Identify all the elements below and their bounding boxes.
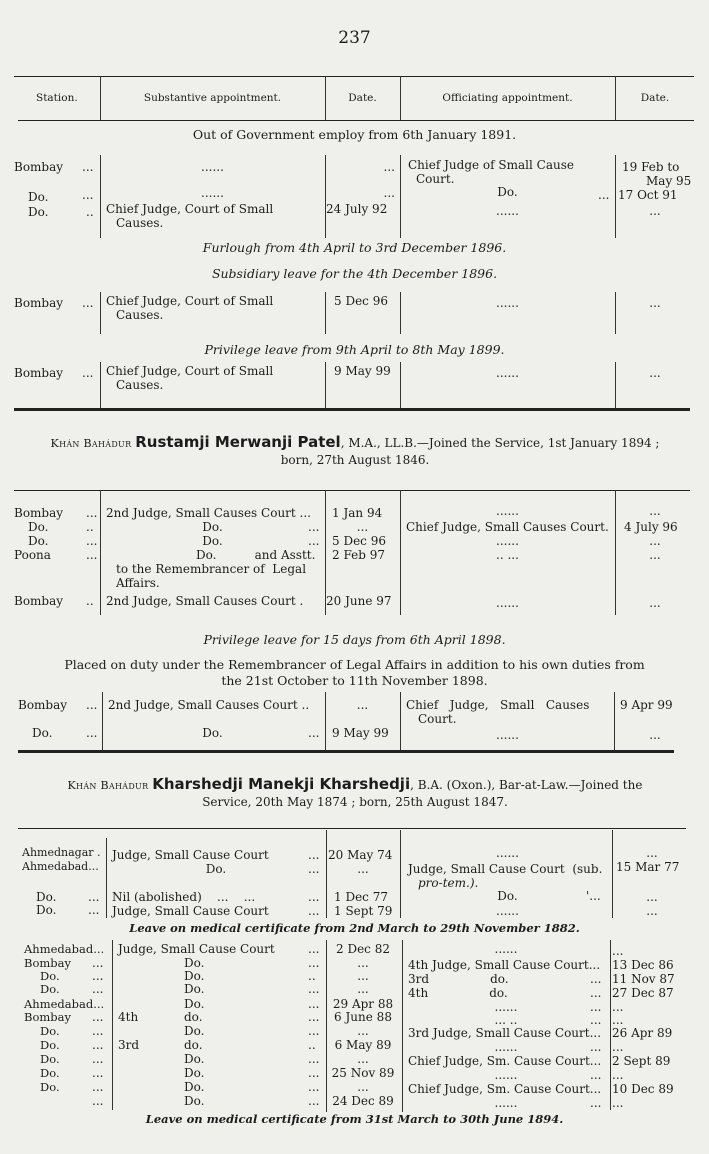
officiating: ...... [402, 1096, 610, 1110]
officiating: ...... [400, 728, 615, 742]
date: 25 Nov 89 [326, 1066, 400, 1080]
column-divider [325, 362, 326, 408]
date: ... [615, 366, 695, 380]
rule [18, 828, 686, 829]
date: ... [615, 204, 695, 218]
date: ... [615, 504, 695, 518]
dots: ... [308, 982, 319, 996]
officiating: ...... [400, 596, 615, 610]
date: ... [612, 1013, 623, 1027]
date: ... [325, 698, 400, 712]
date: ... [615, 596, 695, 610]
dots: ... [308, 1066, 319, 1080]
person-heading: Khán Bahádur Kharshedji Manekji Kharshed… [20, 776, 690, 810]
dots: ... [308, 890, 319, 904]
date: 20 June 97 [326, 594, 392, 608]
date: 2 Sept 89 [612, 1054, 670, 1068]
substantive: Do. [184, 1080, 204, 1094]
dots: ... [82, 188, 93, 202]
substantive: Chief Judge, Court of Small [106, 202, 273, 216]
rule [14, 490, 690, 491]
dots: ... [308, 726, 319, 740]
substantive: Judge, Small Cause Court [118, 942, 275, 956]
officiating: ...... [402, 1000, 610, 1014]
person-heading: Khán Bahádur Rustamji Merwanji Patel, M.… [20, 434, 690, 468]
note: Furlough from 4th April to 3rd December … [0, 240, 709, 255]
date: 29 Apr 88 [326, 997, 400, 1011]
station: Ahmedabad... [24, 942, 104, 956]
dots: ... [92, 956, 103, 970]
date: 5 Dec 96 [332, 534, 386, 548]
dots: ... [92, 1010, 103, 1024]
substantive: Do. [184, 1052, 204, 1066]
officiating: Chief Judge of Small Cause [408, 158, 574, 172]
dots: ... [308, 848, 319, 862]
substantive: Judge, Small Cause Court [112, 848, 269, 862]
officiating: ...... [402, 1040, 610, 1054]
person-name: Kharshedji Manekji Kharshedji [152, 775, 410, 793]
station: Bombay [24, 956, 71, 970]
dots: ... [86, 726, 97, 740]
dots: ... [308, 942, 319, 956]
dots: .. [86, 594, 94, 608]
date: 26 Apr 89 [612, 1026, 672, 1040]
substantive: 2nd Judge, Small Causes Court ... [106, 506, 311, 520]
station: Ahmedabad... [22, 860, 99, 874]
date: 17 Oct 91 [618, 188, 678, 202]
date: ... [326, 982, 400, 996]
date: 20 May 74 [328, 848, 392, 862]
date: ... [326, 1024, 400, 1038]
officiating: Do. [400, 889, 615, 903]
dots: ... [590, 1000, 601, 1014]
station: Do. [40, 982, 60, 996]
substantive: do. [184, 1038, 203, 1052]
substantive: Do. [184, 1066, 204, 1080]
date: 19 Feb to [622, 160, 679, 174]
dots: ... [590, 1068, 601, 1082]
station: Bombay [14, 160, 63, 174]
dots: ... [590, 986, 601, 1000]
column-divider [102, 692, 103, 750]
station: Do. [36, 903, 56, 917]
substantive: Causes. [116, 216, 163, 230]
station: Bombay [14, 594, 63, 608]
officiating: Chief Judge, Small Causes Court. [406, 520, 609, 534]
officiating: ...... [400, 534, 615, 548]
officiating: 3rd Judge, Small Cause Court... [408, 1026, 601, 1040]
dots: ... [86, 548, 97, 562]
note: Leave on medical certificate from 2nd Ma… [0, 921, 709, 935]
substantive: Causes. [116, 308, 163, 322]
date: 9 May 99 [334, 364, 391, 378]
substantive: ...... [100, 186, 325, 200]
dots: ... [308, 1094, 319, 1108]
station: Bombay [14, 296, 63, 310]
dots: ... [88, 890, 99, 904]
substantive: Do. [184, 1094, 204, 1108]
officiating: 4th do. [408, 986, 508, 1000]
dots: ... [590, 1096, 601, 1110]
substantive: Nil (abolished) ... ... [112, 890, 255, 904]
officiating: pro-tem.). [418, 876, 478, 890]
substantive: 2nd Judge, Small Causes Court . [106, 594, 303, 608]
dots: ... [308, 1080, 319, 1094]
officiating: Chief Judge, Sm. Cause Court... [408, 1054, 601, 1068]
dots: ... [92, 1094, 103, 1108]
officiating: Court. [416, 172, 455, 186]
substantive: Do. [184, 982, 204, 996]
date: ... [326, 862, 400, 876]
station: Do. [32, 726, 52, 740]
person-details: Service, 20th May 1874 ; born, 25th Augu… [202, 795, 508, 809]
substantive-prefix: 3rd [118, 1038, 139, 1052]
dots: ... [82, 160, 93, 174]
date: 1 Dec 77 [334, 890, 388, 904]
date: 5 Dec 96 [334, 294, 388, 308]
dots: ... [598, 188, 609, 202]
header-station: Station. [36, 92, 78, 104]
column-divider [610, 940, 611, 1110]
station: Do. [40, 1066, 60, 1080]
date: ... [325, 520, 400, 534]
dots: '... [586, 889, 601, 903]
officiating: ...... [400, 296, 615, 310]
rule [18, 120, 694, 121]
date: 13 Dec 86 [612, 958, 674, 972]
substantive: to the Remembrancer of Legal [116, 562, 306, 576]
honorific: Khán Bahádur [68, 779, 149, 792]
date: 15 Mar 77 [616, 860, 679, 874]
dots: ... [590, 1040, 601, 1054]
column-divider [112, 940, 113, 1110]
date: ... [612, 846, 692, 860]
officiating: 3rd do. [408, 972, 509, 986]
officiating: ... .. [402, 1013, 610, 1027]
substantive: Do. [100, 520, 325, 534]
station: Do. [28, 190, 48, 204]
substantive: Do. [100, 726, 325, 740]
dots: ... [92, 1024, 103, 1038]
officiating: Chief Judge, Small Causes [406, 698, 589, 712]
dots: ... [82, 366, 93, 380]
substantive: 2nd Judge, Small Causes Court .. [108, 698, 309, 712]
substantive-prefix: 4th [118, 1010, 138, 1024]
dots: ... [308, 956, 319, 970]
officiating: ...... [400, 846, 615, 860]
dots: ... [308, 1024, 319, 1038]
officiating: Judge, Small Cause Court (sub. [408, 862, 602, 876]
section-rule [18, 750, 674, 753]
substantive: Do. and Asstt. [196, 548, 315, 562]
officiating: Do. [400, 185, 615, 199]
substantive: Chief Judge, Court of Small [106, 294, 273, 308]
note: Leave on medical certificate from 31st M… [0, 1112, 709, 1126]
dots: .. [308, 969, 316, 983]
date: May 95 [646, 174, 691, 188]
substantive: Do. [106, 862, 326, 876]
substantive: Judge, Small Cause Court [112, 904, 269, 918]
date: 6 May 89 [326, 1038, 400, 1052]
station: Do. [28, 205, 48, 219]
section-rule [14, 408, 690, 411]
dots: ... [308, 1010, 319, 1024]
person-name: Rustamji Merwanji Patel [135, 433, 340, 451]
date: 24 July 92 [326, 202, 387, 216]
substantive: do. [184, 1010, 203, 1024]
officiating: Court. [418, 712, 457, 726]
station: Do. [40, 969, 60, 983]
substantive: Causes. [116, 378, 163, 392]
dots: ... [86, 506, 97, 520]
station: Do. [40, 1052, 60, 1066]
date: 9 May 99 [332, 726, 389, 740]
dots: .. [86, 205, 94, 219]
dots: ... [590, 1013, 601, 1027]
dots: ... [92, 982, 103, 996]
date: 2 Dec 82 [326, 942, 400, 956]
dots: ... [308, 520, 319, 534]
officiating: Chief Judge, Sm. Cause Court... [408, 1082, 601, 1096]
date: 1 Sept 79 [334, 904, 392, 918]
officiating: ...... [400, 904, 615, 918]
header-date: Date. [615, 92, 695, 104]
dots: ... [86, 698, 97, 712]
column-divider [100, 490, 101, 615]
header-substantive: Substantive appointment. [100, 92, 325, 104]
dots: ... [308, 904, 319, 918]
dots: ... [92, 1080, 103, 1094]
officiating: ...... [400, 504, 615, 518]
date: 2 Feb 97 [332, 548, 385, 562]
substantive: Do. [100, 534, 325, 548]
column-divider [615, 155, 616, 238]
column-divider [100, 362, 101, 408]
substantive: Do. [184, 997, 204, 1011]
dots: ... [92, 1066, 103, 1080]
date: ... [612, 1000, 623, 1014]
date: ... [325, 186, 395, 200]
note: Placed on duty under the Remembrancer of… [0, 657, 709, 672]
dots: ... [590, 972, 601, 986]
date: 9 Apr 99 [620, 698, 673, 712]
station: Do. [40, 1024, 60, 1038]
date: 11 Nov 87 [612, 972, 675, 986]
station: Ahmednagar . [22, 846, 101, 860]
person-details: , M.A., LL.B.—Joined the Service, 1st Ja… [341, 436, 660, 450]
station: Do. [28, 534, 48, 548]
note: the 21st October to 11th November 1898. [0, 673, 709, 688]
date: ... [325, 160, 395, 174]
dots: ... [308, 862, 319, 876]
date: ... [612, 1068, 623, 1082]
substantive: Affairs. [116, 576, 160, 590]
dots: ... [308, 1052, 319, 1066]
station: Do. [36, 890, 56, 904]
officiating: ...... [400, 366, 615, 380]
dots: ... [82, 296, 93, 310]
dots: .. [86, 520, 94, 534]
person-details: , B.A. (Oxon.), Bar-at-Law.—Joined the [410, 778, 642, 792]
date: ... [326, 1052, 400, 1066]
dots: ... [88, 903, 99, 917]
header-date: Date. [325, 92, 400, 104]
substantive: Do. [184, 969, 204, 983]
note: Out of Government employ from 6th Januar… [0, 127, 709, 142]
dots: ... [308, 534, 319, 548]
officiating: ...... [400, 204, 615, 218]
date: ... [326, 1080, 400, 1094]
page-number: 237 [0, 28, 709, 48]
date: 1 Jan 94 [332, 506, 382, 520]
note: Privilege leave from 9th April to 8th Ma… [0, 342, 709, 357]
date: ... [615, 296, 695, 310]
date: ... [615, 534, 695, 548]
dots: ... [92, 1038, 103, 1052]
substantive: Do. [184, 956, 204, 970]
column-divider [100, 292, 101, 334]
honorific: Khán Bahádur [51, 437, 132, 450]
date: 27 Dec 87 [612, 986, 674, 1000]
date: 4 July 96 [624, 520, 678, 534]
station: Do. [40, 1080, 60, 1094]
date: ... [612, 1096, 623, 1110]
substantive: ...... [100, 160, 325, 174]
date: ... [612, 1040, 623, 1054]
note: Privilege leave for 15 days from 6th Apr… [0, 632, 709, 647]
date: 24 Dec 89 [326, 1094, 400, 1108]
substantive: Do. [184, 1024, 204, 1038]
column-divider [106, 838, 107, 918]
date: ... [615, 548, 695, 562]
document-page: 237 Station. Substantive appointment. Da… [0, 0, 709, 1154]
station: Ahmedabad... [24, 997, 104, 1011]
dots: ... [92, 1052, 103, 1066]
date: ... [326, 969, 400, 983]
person-details: born, 27th August 1846. [281, 453, 430, 467]
dots: ... [92, 969, 103, 983]
dots: ... [86, 534, 97, 548]
officiating: .. ... [400, 548, 615, 562]
officiating: ...... [402, 1068, 610, 1082]
date: 6 June 88 [326, 1010, 400, 1024]
station: Do. [28, 520, 48, 534]
date: ... [612, 890, 692, 904]
dots: .. [308, 1038, 316, 1052]
station: Do. [40, 1038, 60, 1052]
station: Bombay [24, 1010, 71, 1024]
header-officiating: Officiating appointment. [400, 92, 615, 104]
officiating: 4th Judge, Small Cause Court... [408, 958, 600, 972]
station: Bombay [14, 506, 63, 520]
officiating: ...... [402, 942, 610, 956]
date: ... [326, 956, 400, 970]
note: Subsidiary leave for the 4th December 18… [0, 266, 709, 281]
date: ... [612, 904, 692, 918]
substantive: Chief Judge, Court of Small [106, 364, 273, 378]
station: Poona [14, 548, 51, 562]
dots: ... [308, 997, 319, 1011]
date: ... [615, 728, 695, 742]
date: ... [612, 944, 623, 958]
date: 10 Dec 89 [612, 1082, 674, 1096]
column-divider [325, 292, 326, 334]
station: Bombay [18, 698, 67, 712]
rule [14, 76, 694, 77]
station: Bombay [14, 366, 63, 380]
